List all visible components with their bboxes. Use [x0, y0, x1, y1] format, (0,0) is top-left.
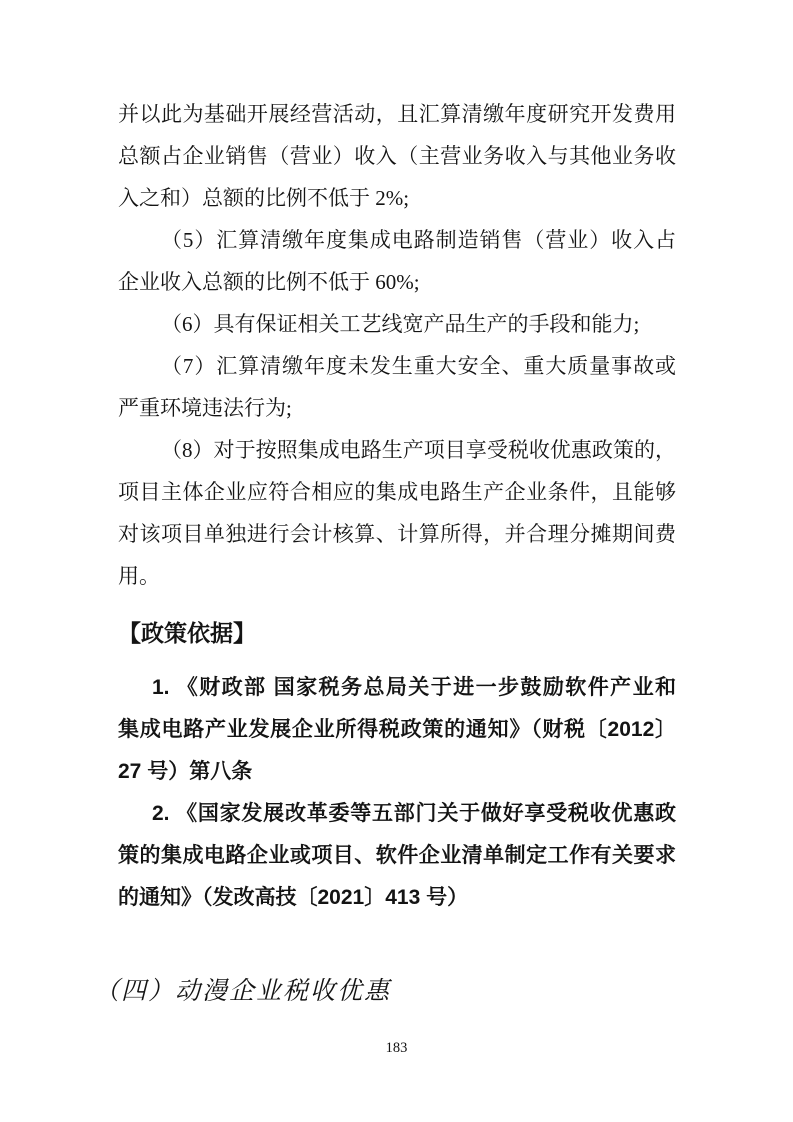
- policy-basis-heading: 【政策依据】: [118, 612, 676, 654]
- body-line: 并以此为基础开展经营活动，且汇算清缴年度研究开发费用: [118, 93, 676, 135]
- reference-line: 集成电路产业发展企业所得税政策的通知》（财税〔2012〕: [118, 709, 676, 751]
- body-line: （6）具有保证相关工艺线宽产品生产的手段和能力;: [118, 303, 676, 345]
- reference-line: 27 号）第八条: [118, 751, 676, 793]
- reference-line: 策的集成电路企业或项目、软件企业清单制定工作有关要求: [118, 835, 676, 877]
- body-line: （7）汇算清缴年度未发生重大安全、重大质量事故或: [118, 345, 676, 387]
- body-line: （5）汇算清缴年度集成电路制造销售（营业）收入占: [118, 219, 676, 261]
- body-line: 用。: [118, 555, 676, 597]
- body-line: （8）对于按照集成电路生产项目享受税收优惠政策的，: [118, 429, 676, 471]
- body-line: 入之和）总额的比例不低于 2%;: [118, 177, 676, 219]
- document-page: 并以此为基础开展经营活动，且汇算清缴年度研究开发费用 总额占企业销售（营业）收入…: [0, 0, 793, 1122]
- body-line: 严重环境违法行为;: [118, 387, 676, 429]
- page-number: 183: [0, 1040, 793, 1056]
- reference-line: 1. 《财政部 国家税务总局关于进一步鼓励软件产业和: [118, 667, 676, 709]
- body-line: 项目主体企业应符合相应的集成电路生产企业条件，且能够: [118, 471, 676, 513]
- reference-line: 2. 《国家发展改革委等五部门关于做好享受税收优惠政: [118, 793, 676, 835]
- section-heading: （四）动漫企业税收优惠: [94, 969, 676, 1013]
- body-line: 总额占企业销售（营业）收入（主营业务收入与其他业务收: [118, 135, 676, 177]
- body-line: 企业收入总额的比例不低于 60%;: [118, 261, 676, 303]
- reference-line: 的通知》（发改高技〔2021〕413 号）: [118, 877, 676, 919]
- text-block: 并以此为基础开展经营活动，且汇算清缴年度研究开发费用 总额占企业销售（营业）收入…: [118, 93, 676, 1013]
- body-line: 对该项目单独进行会计核算、计算所得，并合理分摊期间费: [118, 513, 676, 555]
